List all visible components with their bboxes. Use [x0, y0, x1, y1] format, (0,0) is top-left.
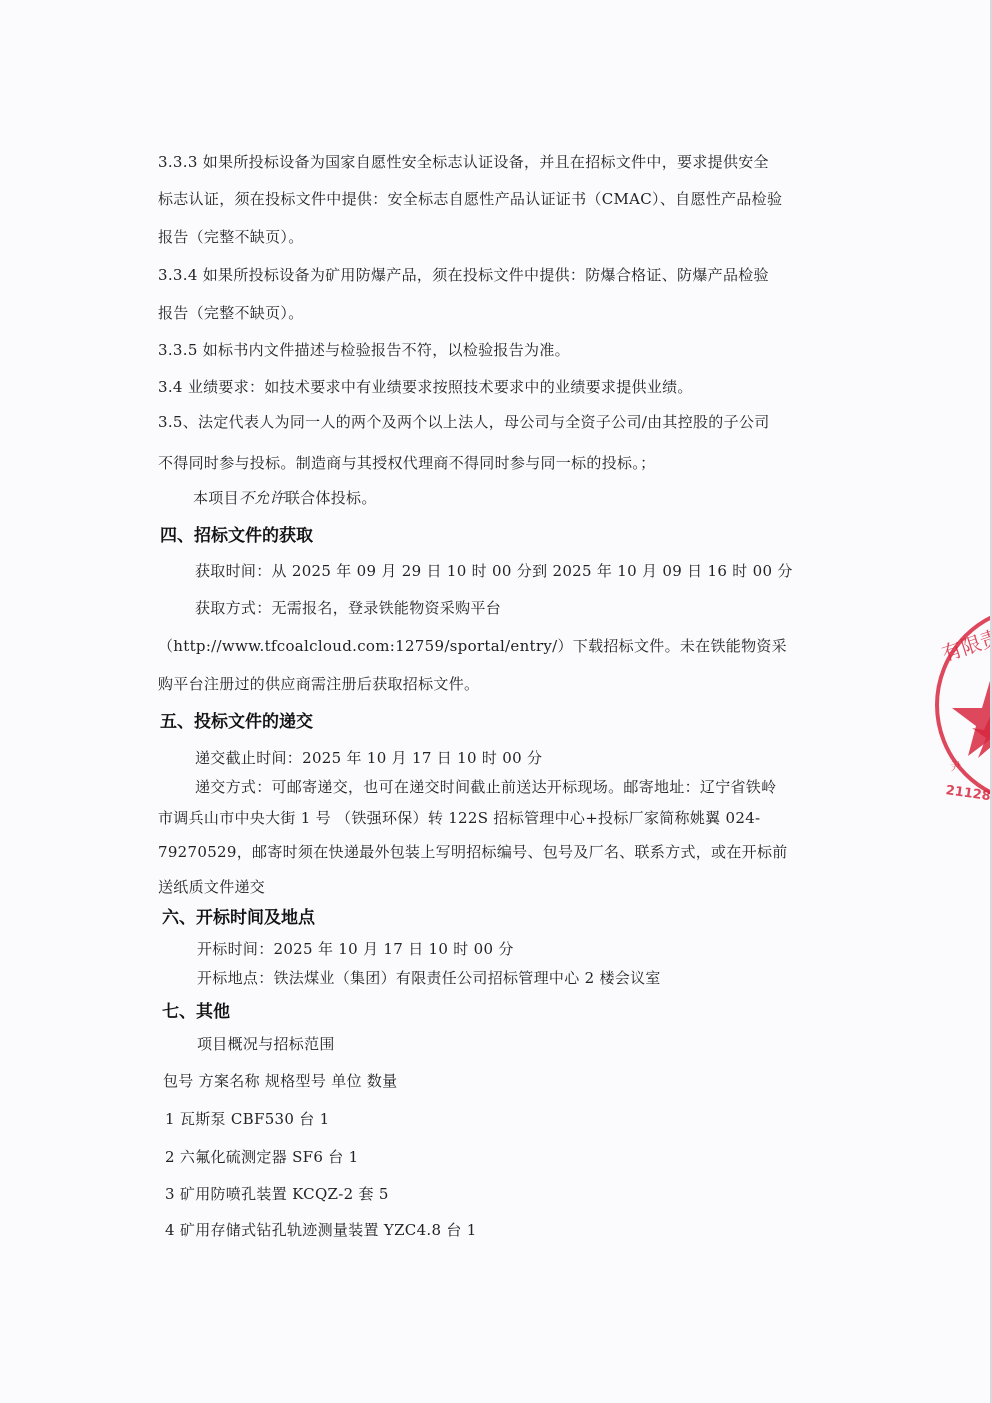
para-3-3-4-line1: 3.3.4 如果所投标设备为矿用防爆产品，须在投标文件中提供：防爆合格证、防爆产… [158, 265, 769, 285]
section-4-method-line2: （http://www.tfcoalcloud.com:12759/sporta… [158, 636, 787, 656]
items-table-row: 4 矿用存储式钻孔轨迹测量装置 YZC4.8 台 1 [165, 1220, 477, 1240]
para-3-3-3-line2: 标志认证，须在投标文件中提供：安全标志自愿性产品认证证书（CMAC）、自愿性产品… [158, 189, 782, 209]
section-5-heading: 五、投标文件的递交 [160, 711, 313, 733]
section-6-place: 开标地点：铁法煤业（集团）有限责任公司招标管理中心 2 楼会议室 [197, 968, 661, 988]
section-7-subtitle: 项目概况与招标范围 [197, 1034, 335, 1054]
section-6-heading: 六、开标时间及地点 [162, 907, 315, 929]
section-4-method-line3: 购平台注册过的供应商需注册后获取招标文件。 [158, 674, 479, 694]
svg-text:尹: 尹 [950, 760, 961, 773]
svg-text:211281: 211281 [945, 783, 992, 805]
para-3-3-5: 3.3.5 如标书内文件描述与检验报告不符，以检验报告为准。 [158, 340, 570, 360]
section-5-method-line4: 送纸质文件递交 [158, 877, 265, 897]
section-5-method-line3: 79270529，邮寄时须在快递最外包装上写明招标编号、包号及厂名、联系方式，或… [158, 842, 788, 862]
seal-icon: 有限责 211281 尹 [930, 600, 992, 810]
section-6-time: 开标时间：2025 年 10 月 17 日 10 时 00 分 [197, 939, 514, 959]
section-4-method-line1: 获取方式：无需报名，登录铁能物资采购平台 [195, 598, 501, 618]
items-table-row: 3 矿用防喷孔装置 KCQZ-2 套 5 [165, 1184, 389, 1204]
para-3-3-4-line2: 报告（完整不缺页）。 [158, 303, 304, 323]
consortium-note: 本项目不允许联合体投标。 [193, 488, 377, 508]
para-3-3-3-line1: 3.3.3 如果所投标设备为国家自愿性安全标志认证设备，并且在招标文件中，要求提… [158, 152, 769, 172]
items-table-row: 2 六氟化硫测定器 SF6 台 1 [165, 1147, 359, 1167]
section-5-method-line1: 递交方式：可邮寄递交，也可在递交时间截止前送达开标现场。邮寄地址：辽宁省铁岭 [195, 777, 776, 797]
section-7-heading: 七、其他 [162, 1001, 230, 1023]
section-4-heading: 四、招标文件的获取 [160, 525, 313, 547]
svg-text:有限责: 有限责 [939, 624, 992, 666]
consortium-italic: 不允许 [239, 489, 285, 507]
section-5-deadline: 递交截止时间：2025 年 10 月 17 日 10 时 00 分 [195, 748, 542, 768]
consortium-suffix: 联合体投标。 [285, 489, 377, 507]
items-table-row: 1 瓦斯泵 CBF530 台 1 [165, 1109, 330, 1129]
consortium-prefix: 本项目 [193, 489, 239, 507]
section-4-time: 获取时间：从 2025 年 09 月 29 日 10 时 00 分到 2025 … [195, 561, 793, 581]
document-page: 3.3.3 如果所投标设备为国家自愿性安全标志认证设备，并且在招标文件中，要求提… [0, 0, 992, 1403]
section-5-method-line2: 市调兵山市中央大街 1 号 （铁强环保）转 122S 招标管理中心+投标厂家简称… [158, 808, 760, 828]
para-3-5-line2: 不得同时参与投标。制造商与其授权代理商不得同时参与同一标的投标。； [158, 453, 655, 473]
para-3-4: 3.4 业绩要求：如技术要求中有业绩要求按照技术要求中的业绩要求提供业绩。 [158, 377, 693, 397]
company-seal-stamp: 有限责 211281 尹 [930, 600, 992, 810]
para-3-3-3-line3: 报告（完整不缺页）。 [158, 227, 304, 247]
para-3-5-line1: 3.5、法定代表人为同一人的两个及两个以上法人，母公司与全资子公司/由其控股的子… [158, 412, 770, 432]
items-table-header: 包号 方案名称 规格型号 单位 数量 [163, 1071, 397, 1091]
